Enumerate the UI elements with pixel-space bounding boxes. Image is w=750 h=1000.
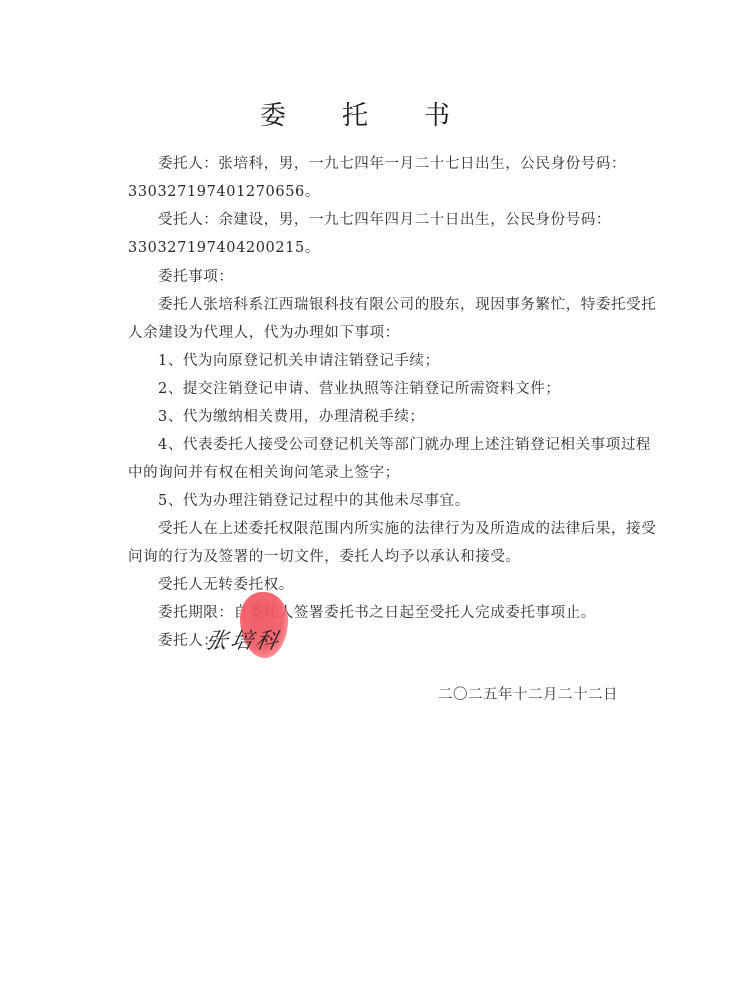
term-clause: 委托期限：自委托人签署委托书之日起至受托人完成委托事项止。 [158,601,596,622]
agent-info: 受托人：余建设，男，一九七四年四月二十日出生，公民身份号码： [158,208,611,229]
document-title: 委托书 [0,95,750,132]
matter-item-4: 4、代表委托人接受公司登记机关等部门就办理上述注销登记相关事项过程 [158,433,651,454]
document-date: 二〇二五年十二月二十二日 [438,683,618,704]
matter-item-5: 5、代为办理注销登记过程中的其他未尽事宜。 [158,489,470,510]
principal-info: 委托人：张培科，男，一九七四年一月二十七日出生，公民身份号码： [158,152,626,173]
intro-paragraph: 委托人张培科系江西瑞银科技有限公司的股东，现因事务繁忙，特委托受托 [158,293,656,314]
title-char: 委 [260,101,326,131]
matters-heading: 委托事项： [158,265,234,286]
matter-item-4-cont: 中的询问并有权在相关询问笔录上签字； [128,461,400,482]
matter-item-2: 2、提交注销登记申请、营业执照等注销登记所需资料文件； [158,377,560,398]
no-subdelegation: 受托人无转委托权。 [158,573,294,594]
acceptance-paragraph: 受托人在上述委托权限范围内所实施的法律行为及所造成的法律后果，接受 [158,517,656,538]
title-char: 书 [424,101,490,131]
intro-paragraph-cont: 人余建设为代理人，代为办理如下事项： [128,321,400,342]
title-char: 托 [342,101,408,131]
agent-id: 330327197404200215。 [128,236,320,257]
principal-id: 330327197401270656。 [128,180,320,201]
matter-item-1: 1、代为向原登记机关申请注销登记手续； [158,349,440,370]
handwritten-signature: 张培科 [203,624,285,655]
matter-item-3: 3、代为缴纳相关费用，办理清税手续； [158,405,425,426]
acceptance-paragraph-cont: 问询的行为及签署的一切文件，委托人均予以承认和接受。 [128,545,521,566]
